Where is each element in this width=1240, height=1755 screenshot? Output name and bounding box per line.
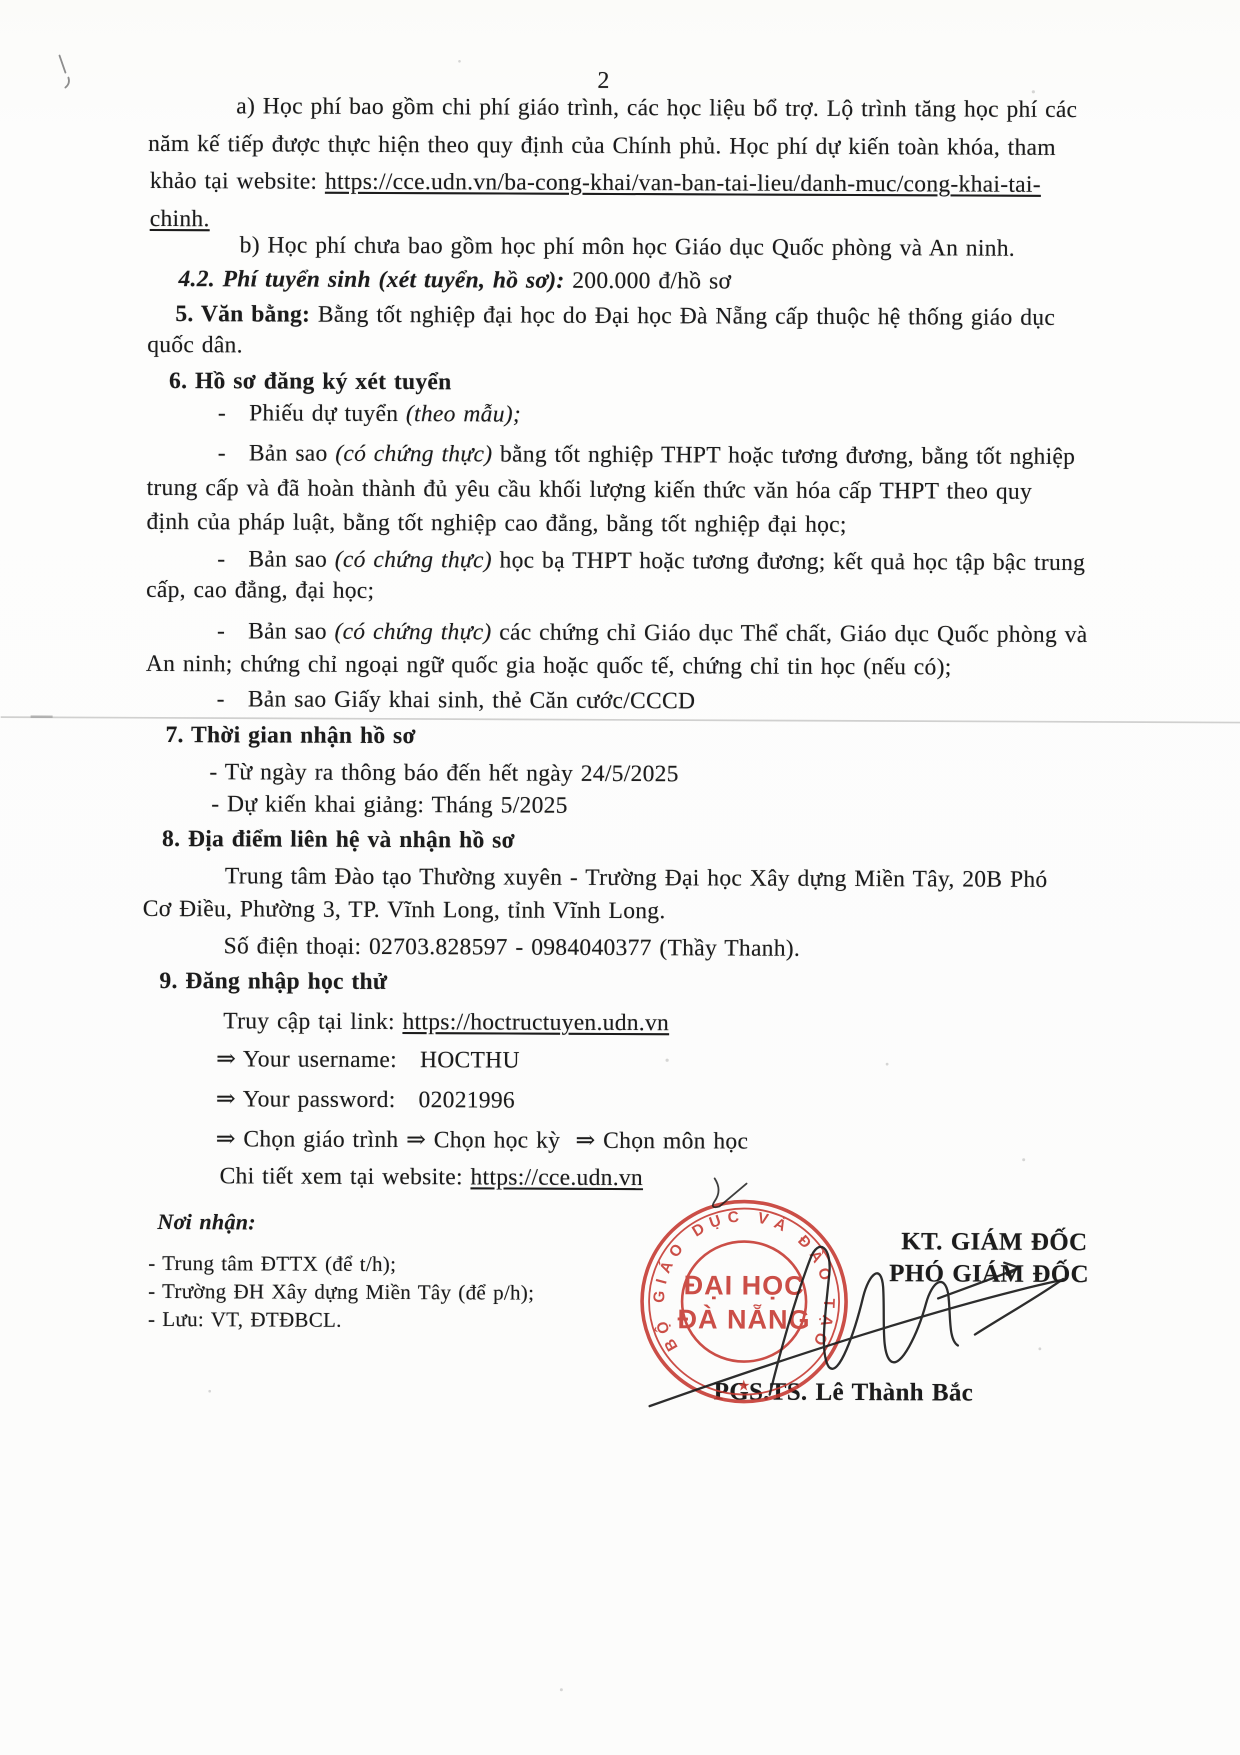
heading-4-2: 4.2. Phí tuyển sinh (xét tuyển, hồ sơ): … (178, 265, 731, 297)
phone-line: Số điện thoại: 02703.828597 - 0984040377… (224, 932, 801, 964)
address-line-1: Trung tâm Đào tạo Thường xuyên - Trường … (225, 862, 1048, 895)
recipient-2: - Trường ĐH Xây dựng Miền Tây (để p/h); (148, 1278, 534, 1306)
para-b-line-1: b) Học phí chưa bao gồm học phí môn học … (240, 231, 1015, 264)
recipient-3: - Lưu: VT, ĐTĐBCL. (148, 1306, 342, 1333)
bullet-bansao-2b: cấp, cao đẳng, đại học; (146, 576, 374, 606)
heading-5: 5. Văn bằng: Bằng tốt nghiệp đại học do … (175, 300, 1055, 333)
heading-9: 9. Đăng nhập học thử (159, 967, 387, 997)
para-a-line-1: a) Học phí bao gồm chi phí giáo trình, c… (236, 92, 1077, 125)
para-a-line-4: chinh. (150, 205, 210, 235)
trial-steps: ⇒ Chọn giáo trình ⇒ Chọn học kỳ ⇒ Chọn m… (216, 1125, 749, 1157)
stamp-center-line2: ĐÀ NẴNG (677, 1302, 810, 1335)
para-a-line-2: năm kế tiếp được thực hiện theo quy định… (148, 130, 1056, 163)
heading-7: 7. Thời gian nhận hồ sơ (165, 721, 415, 751)
bullet-bansao-1: - Bản sao (có chứng thực) bằng tốt nghiệ… (218, 439, 1076, 472)
handwritten-squiggle (713, 1178, 747, 1207)
trial-username: ⇒ Your username: HOCTHU (216, 1045, 520, 1076)
document-content: 2 a) Học phí bao gồm chi phí giáo trình,… (0, 0, 1240, 1755)
approver-title-1: KT. GIÁM ĐỐC (901, 1226, 1087, 1258)
trial-password: ⇒ Your password: 02021996 (216, 1085, 515, 1116)
text-layer: a) Học phí bao gồm chi phí giáo trình, c… (4, 0, 1240, 3)
bullet-bansao-1b: trung cấp và đã hoàn thành đủ yêu cầu kh… (147, 474, 1033, 507)
approver-title-2: PHÓ GIÁM ĐỐC (889, 1258, 1089, 1290)
heading-8: 8. Địa điểm liên hệ và nhận hồ sơ (162, 825, 515, 856)
recipient-1: - Trung tâm ĐTTX (để t/h); (148, 1250, 396, 1277)
bullet-bansao-3b: An ninh; chứng chỉ ngoại ngữ quốc gia ho… (146, 650, 952, 683)
trial-link: Truy cập tại link: https://hoctructuyen.… (223, 1007, 669, 1038)
pen-mark (59, 56, 69, 88)
official-stamp: BỘ GIÁO DỤC VÀ ĐÀO TẠO ★ ĐẠI HỌC ĐÀ NẴNG (642, 1201, 847, 1402)
bullet-bansao-3: - Bản sao (có chứng thực) các chứng chỉ … (217, 617, 1088, 650)
stamp-center-line1: ĐẠI HỌC (684, 1270, 805, 1301)
heading-6: 6. Hồ sơ đăng ký xét tuyển (169, 367, 452, 398)
bullet-phieu: - Phiếu dự tuyển (theo mẫu); (218, 399, 521, 430)
scanned-document-page: 2 a) Học phí bao gồm chi phí giáo trình,… (0, 0, 1240, 1755)
stamp-ring-text: BỘ GIÁO DỤC VÀ ĐÀO TẠO (651, 1208, 838, 1355)
heading-5-cont: quốc dân. (147, 331, 243, 361)
recipients-title: Nơi nhận: (157, 1208, 256, 1236)
bullet-bansao-1c: định của pháp luật, bằng tốt nghiệp cao … (146, 508, 846, 540)
page-number: 2 (597, 68, 609, 95)
bullet-bansao-2: - Bản sao (có chứng thực) học bạ THPT ho… (217, 545, 1085, 578)
bullet-khaisinh: - Bản sao Giấy khai sinh, thẻ Căn cước/C… (217, 685, 696, 716)
signer-name: PGS.TS. Lê Thành Bắc (714, 1376, 974, 1408)
detail-website: Chi tiết xem tại website: https://cce.ud… (220, 1162, 644, 1193)
item-deadline: - Từ ngày ra thông báo đến hết ngày 24/5… (209, 758, 679, 789)
item-opening: - Dự kiến khai giảng: Tháng 5/2025 (211, 790, 568, 821)
address-line-2: Cơ Điều, Phường 3, TP. Vĩnh Long, tỉnh V… (143, 895, 666, 927)
para-a-line-3: khảo tại website: https://cce.udn.vn/ba-… (150, 167, 1041, 200)
